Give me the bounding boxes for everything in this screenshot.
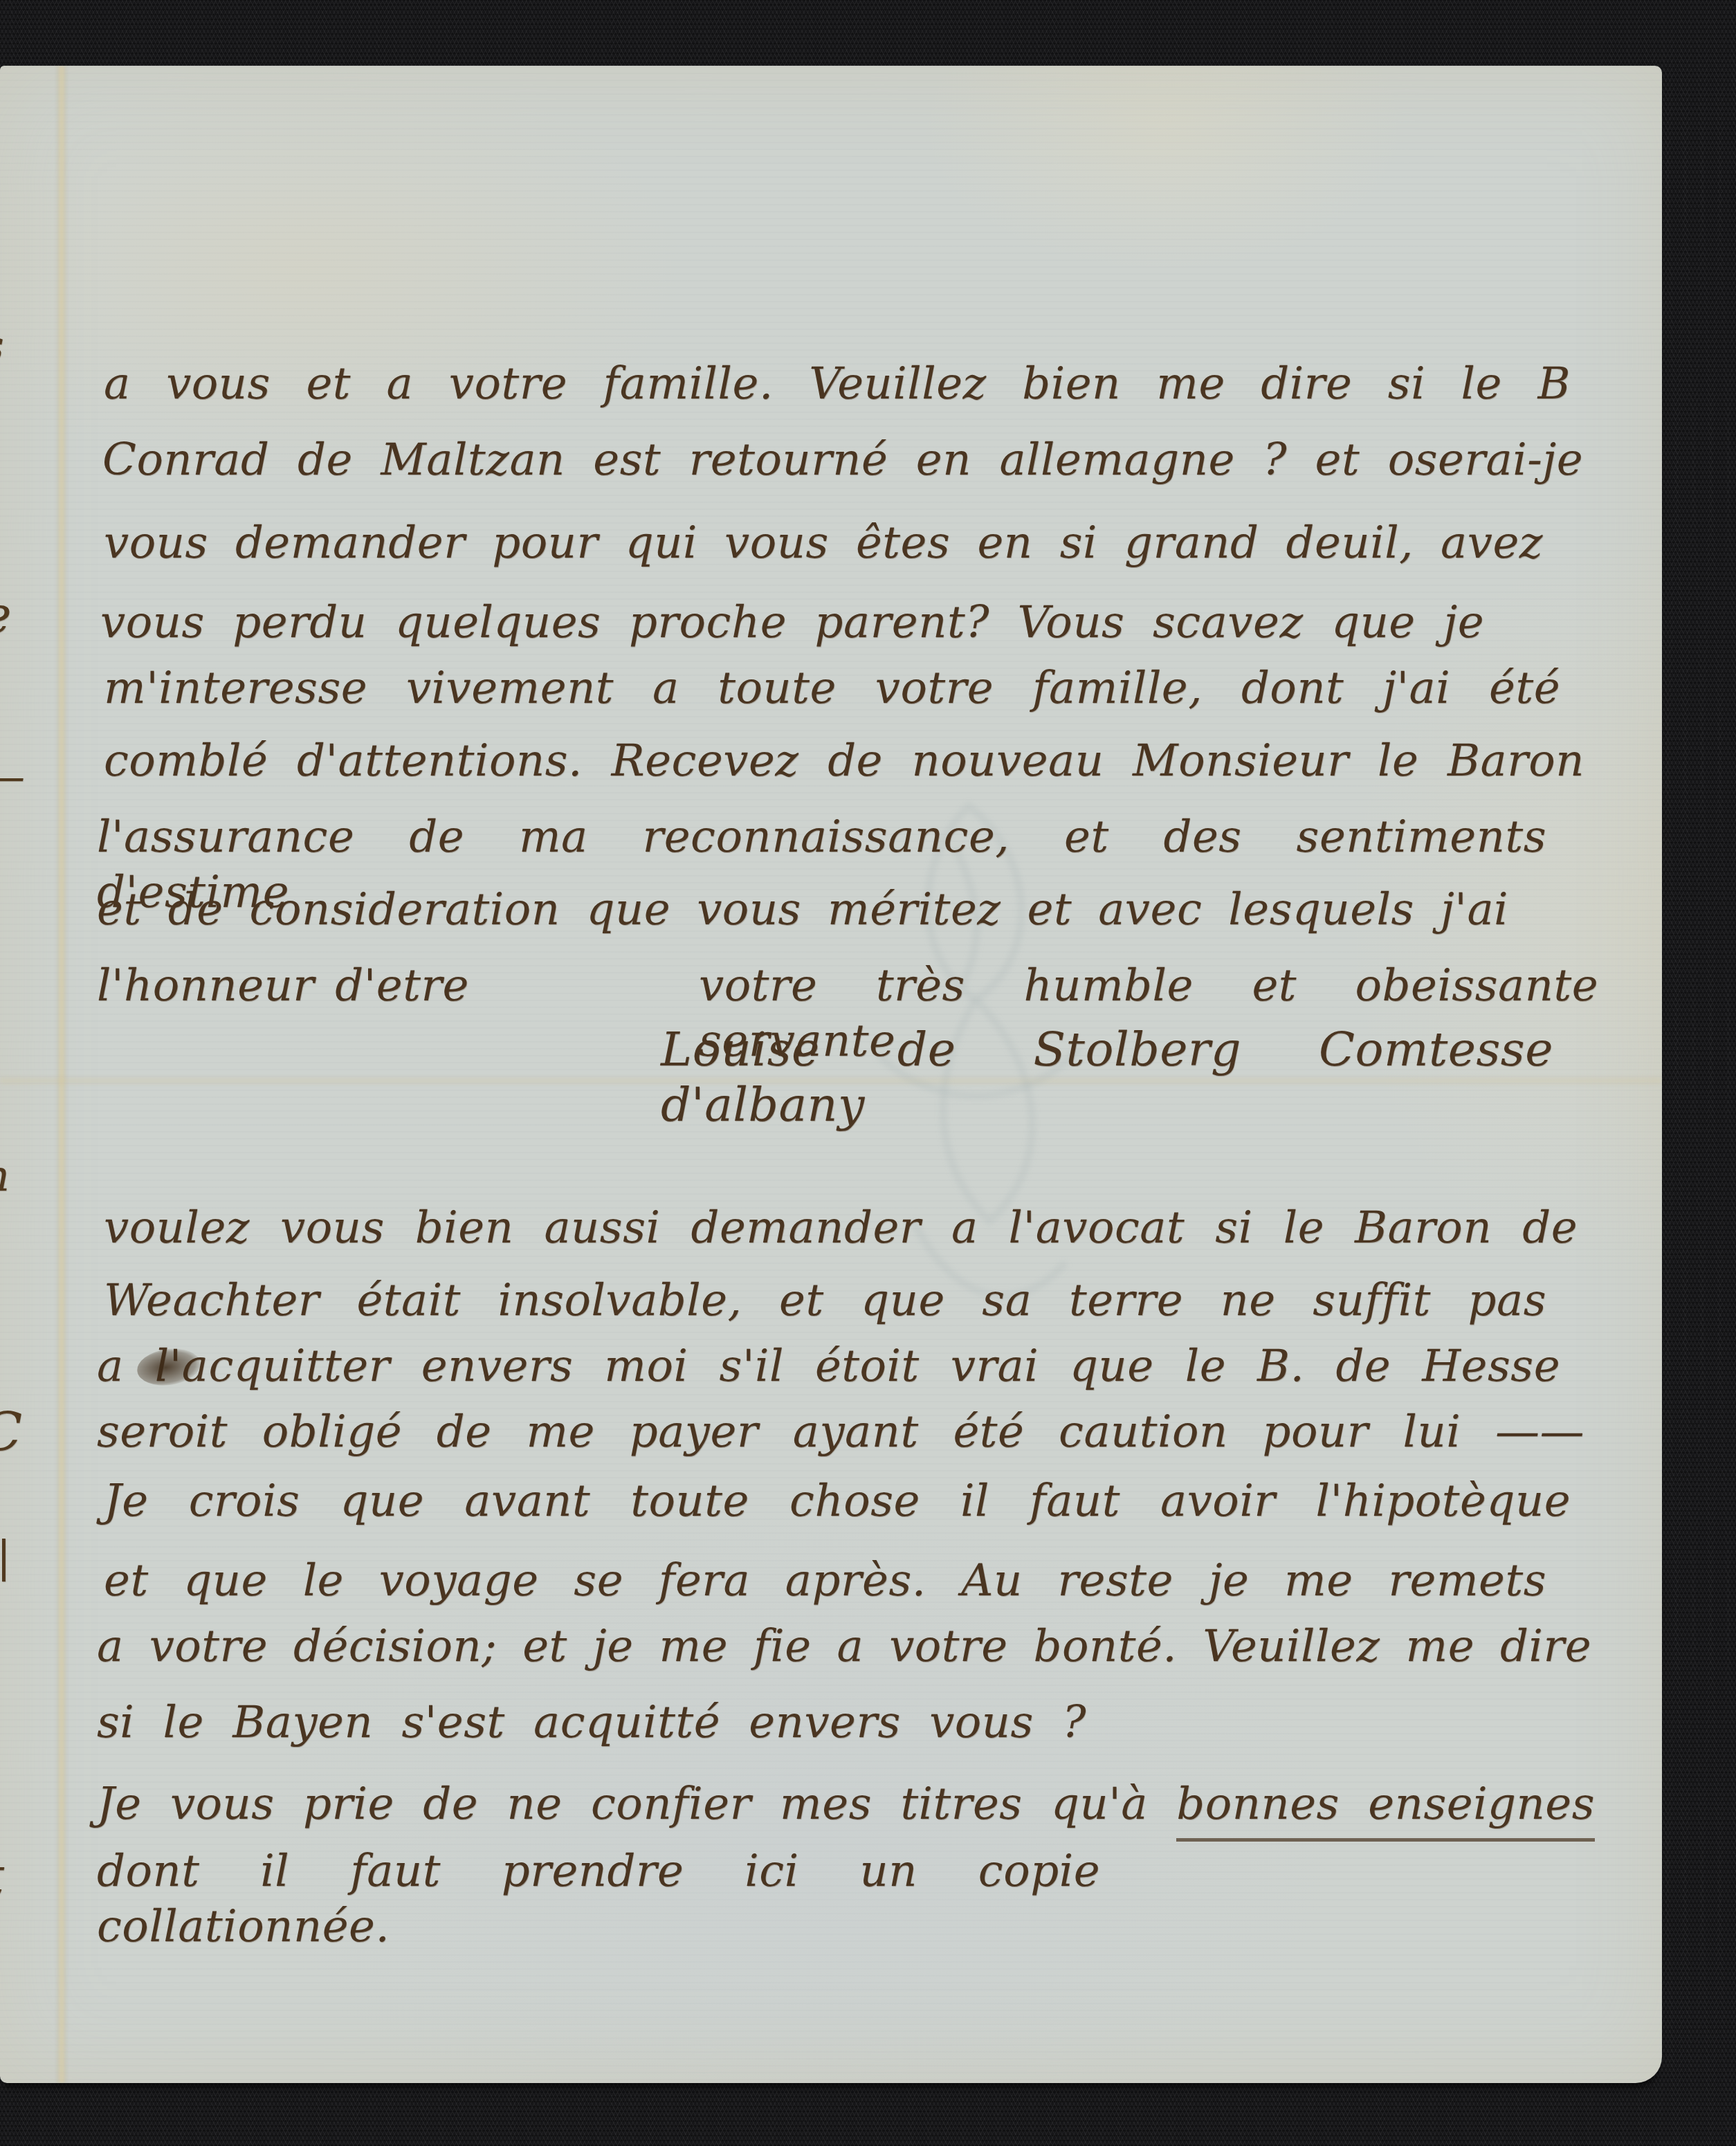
margin-fragment: n xyxy=(0,1150,10,1201)
postscript-text: Je vous prie de ne confier mes titres qu… xyxy=(97,1779,1176,1830)
handwriting-line: Conrad de Maltzan est retourné en allema… xyxy=(102,432,1583,488)
postscript-line: Je vous prie de ne confier mes titres qu… xyxy=(97,1777,1595,1832)
postscript-line: dont il faut prendre ici un copie collat… xyxy=(97,1844,1100,1954)
handwriting-line: voulez vous bien aussi demander a l'avoc… xyxy=(104,1200,1578,1256)
handwriting-line: a l'acquitter envers moi s'il étoit vrai… xyxy=(97,1339,1560,1394)
handwriting-line: comblé d'attentions. Recevez de nouveau … xyxy=(104,733,1584,789)
handwriting-line: a vous et a votre famille. Veuillez bien… xyxy=(104,356,1571,412)
handwriting-line: m'interesse vivement a toute votre famil… xyxy=(104,661,1560,716)
vertical-fold-crease xyxy=(57,66,66,2083)
handwriting-line: Weachter était insolvable, et que sa ter… xyxy=(104,1273,1546,1328)
closing-phrase: l'honneur d'etre xyxy=(97,958,469,1014)
margin-fragment: ) xyxy=(0,1704,2,1763)
handwriting-line: seroit obligé de me payer ayant été caut… xyxy=(97,1404,1584,1460)
handwriting-line: et de consideration que vous méritez et … xyxy=(97,882,1508,937)
handwriting-line: vous demander pour qui vous êtes en si g… xyxy=(104,515,1543,571)
margin-fragment: e xyxy=(0,586,12,644)
handwriting-line: a votre décision; et je me fie a votre b… xyxy=(97,1619,1591,1674)
signature-line: Louise de Stolberg Comtesse d'albany xyxy=(661,1022,1553,1133)
handwriting-line: vous perdu quelques proche parent? Vous … xyxy=(100,595,1484,650)
underlined-phrase: bonnes enseignes xyxy=(1176,1779,1595,1842)
margin-fragment: C xyxy=(0,1401,22,1462)
margin-fragment: — xyxy=(0,751,25,801)
scan-background: s e — n C || ) t a vous et a votre famil… xyxy=(0,0,1736,2146)
handwriting-line: si le Bayen s'est acquitté envers vous ? xyxy=(97,1695,1086,1750)
handwriting-line: et que le voyage se fera après. Au reste… xyxy=(104,1553,1546,1608)
handwriting-line: Je crois que avant toute chose il faut a… xyxy=(104,1474,1571,1529)
margin-fragment: t xyxy=(0,1845,4,1909)
margin-fragment: s xyxy=(0,320,4,371)
margin-fragment: || xyxy=(0,1531,11,1581)
